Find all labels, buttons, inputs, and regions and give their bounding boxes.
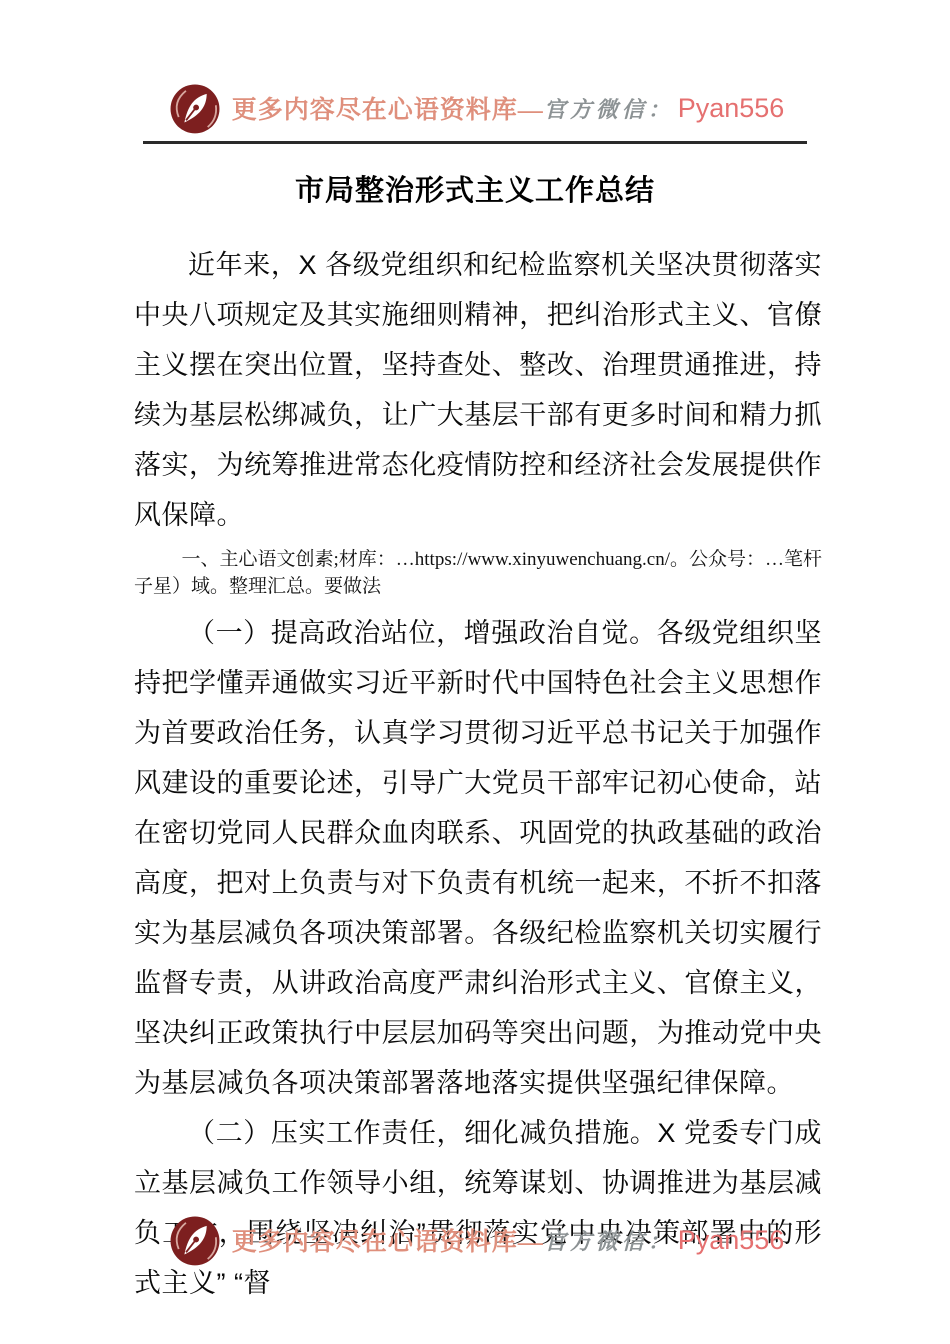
wechat-label: 官方微信： — [544, 93, 674, 124]
header-divider — [143, 141, 807, 144]
wechat-id: Pyan556 — [678, 93, 785, 124]
paragraph-section-2: （二）压实工作责任，细化减负措施。X 党委专门成立基层减负工作领导小组，统筹谋划… — [134, 1108, 822, 1308]
page-footer: 更多内容尽在心语资料库— 官方微信： Pyan556 — [0, 1211, 950, 1269]
brand-text: 更多内容尽在心语资料库— — [232, 90, 544, 126]
paragraph-intro: 近年来，X 各级党组织和纪检监察机关坚决贯彻落实中央八项规定及其实施细则精神，把… — [134, 240, 822, 540]
wechat-label: 官方微信： — [544, 1225, 674, 1256]
document-title: 市局整治形式主义工作总结 — [0, 168, 950, 209]
pen-nib-logo-icon — [166, 79, 224, 137]
pen-nib-logo-icon — [166, 1211, 224, 1269]
paragraph-section-1: （一）提高政治站位，增强政治自觉。各级党组织坚持把学懂弄通做实习近平新时代中国特… — [134, 608, 822, 1108]
brand-text: 更多内容尽在心语资料库— — [232, 1222, 544, 1258]
wechat-id: Pyan556 — [678, 1225, 785, 1256]
document-page: 更多内容尽在心语资料库— 官方微信： Pyan556 市局整治形式主义工作总结 … — [0, 0, 950, 1344]
paragraph-source-note: 一、主心语文创素;材库：…https://www.xinyuwenchuang.… — [134, 546, 822, 600]
page-header: 更多内容尽在心语资料库— 官方微信： Pyan556 — [0, 79, 950, 137]
document-body: 近年来，X 各级党组织和纪检监察机关坚决贯彻落实中央八项规定及其实施细则精神，把… — [134, 240, 822, 1308]
